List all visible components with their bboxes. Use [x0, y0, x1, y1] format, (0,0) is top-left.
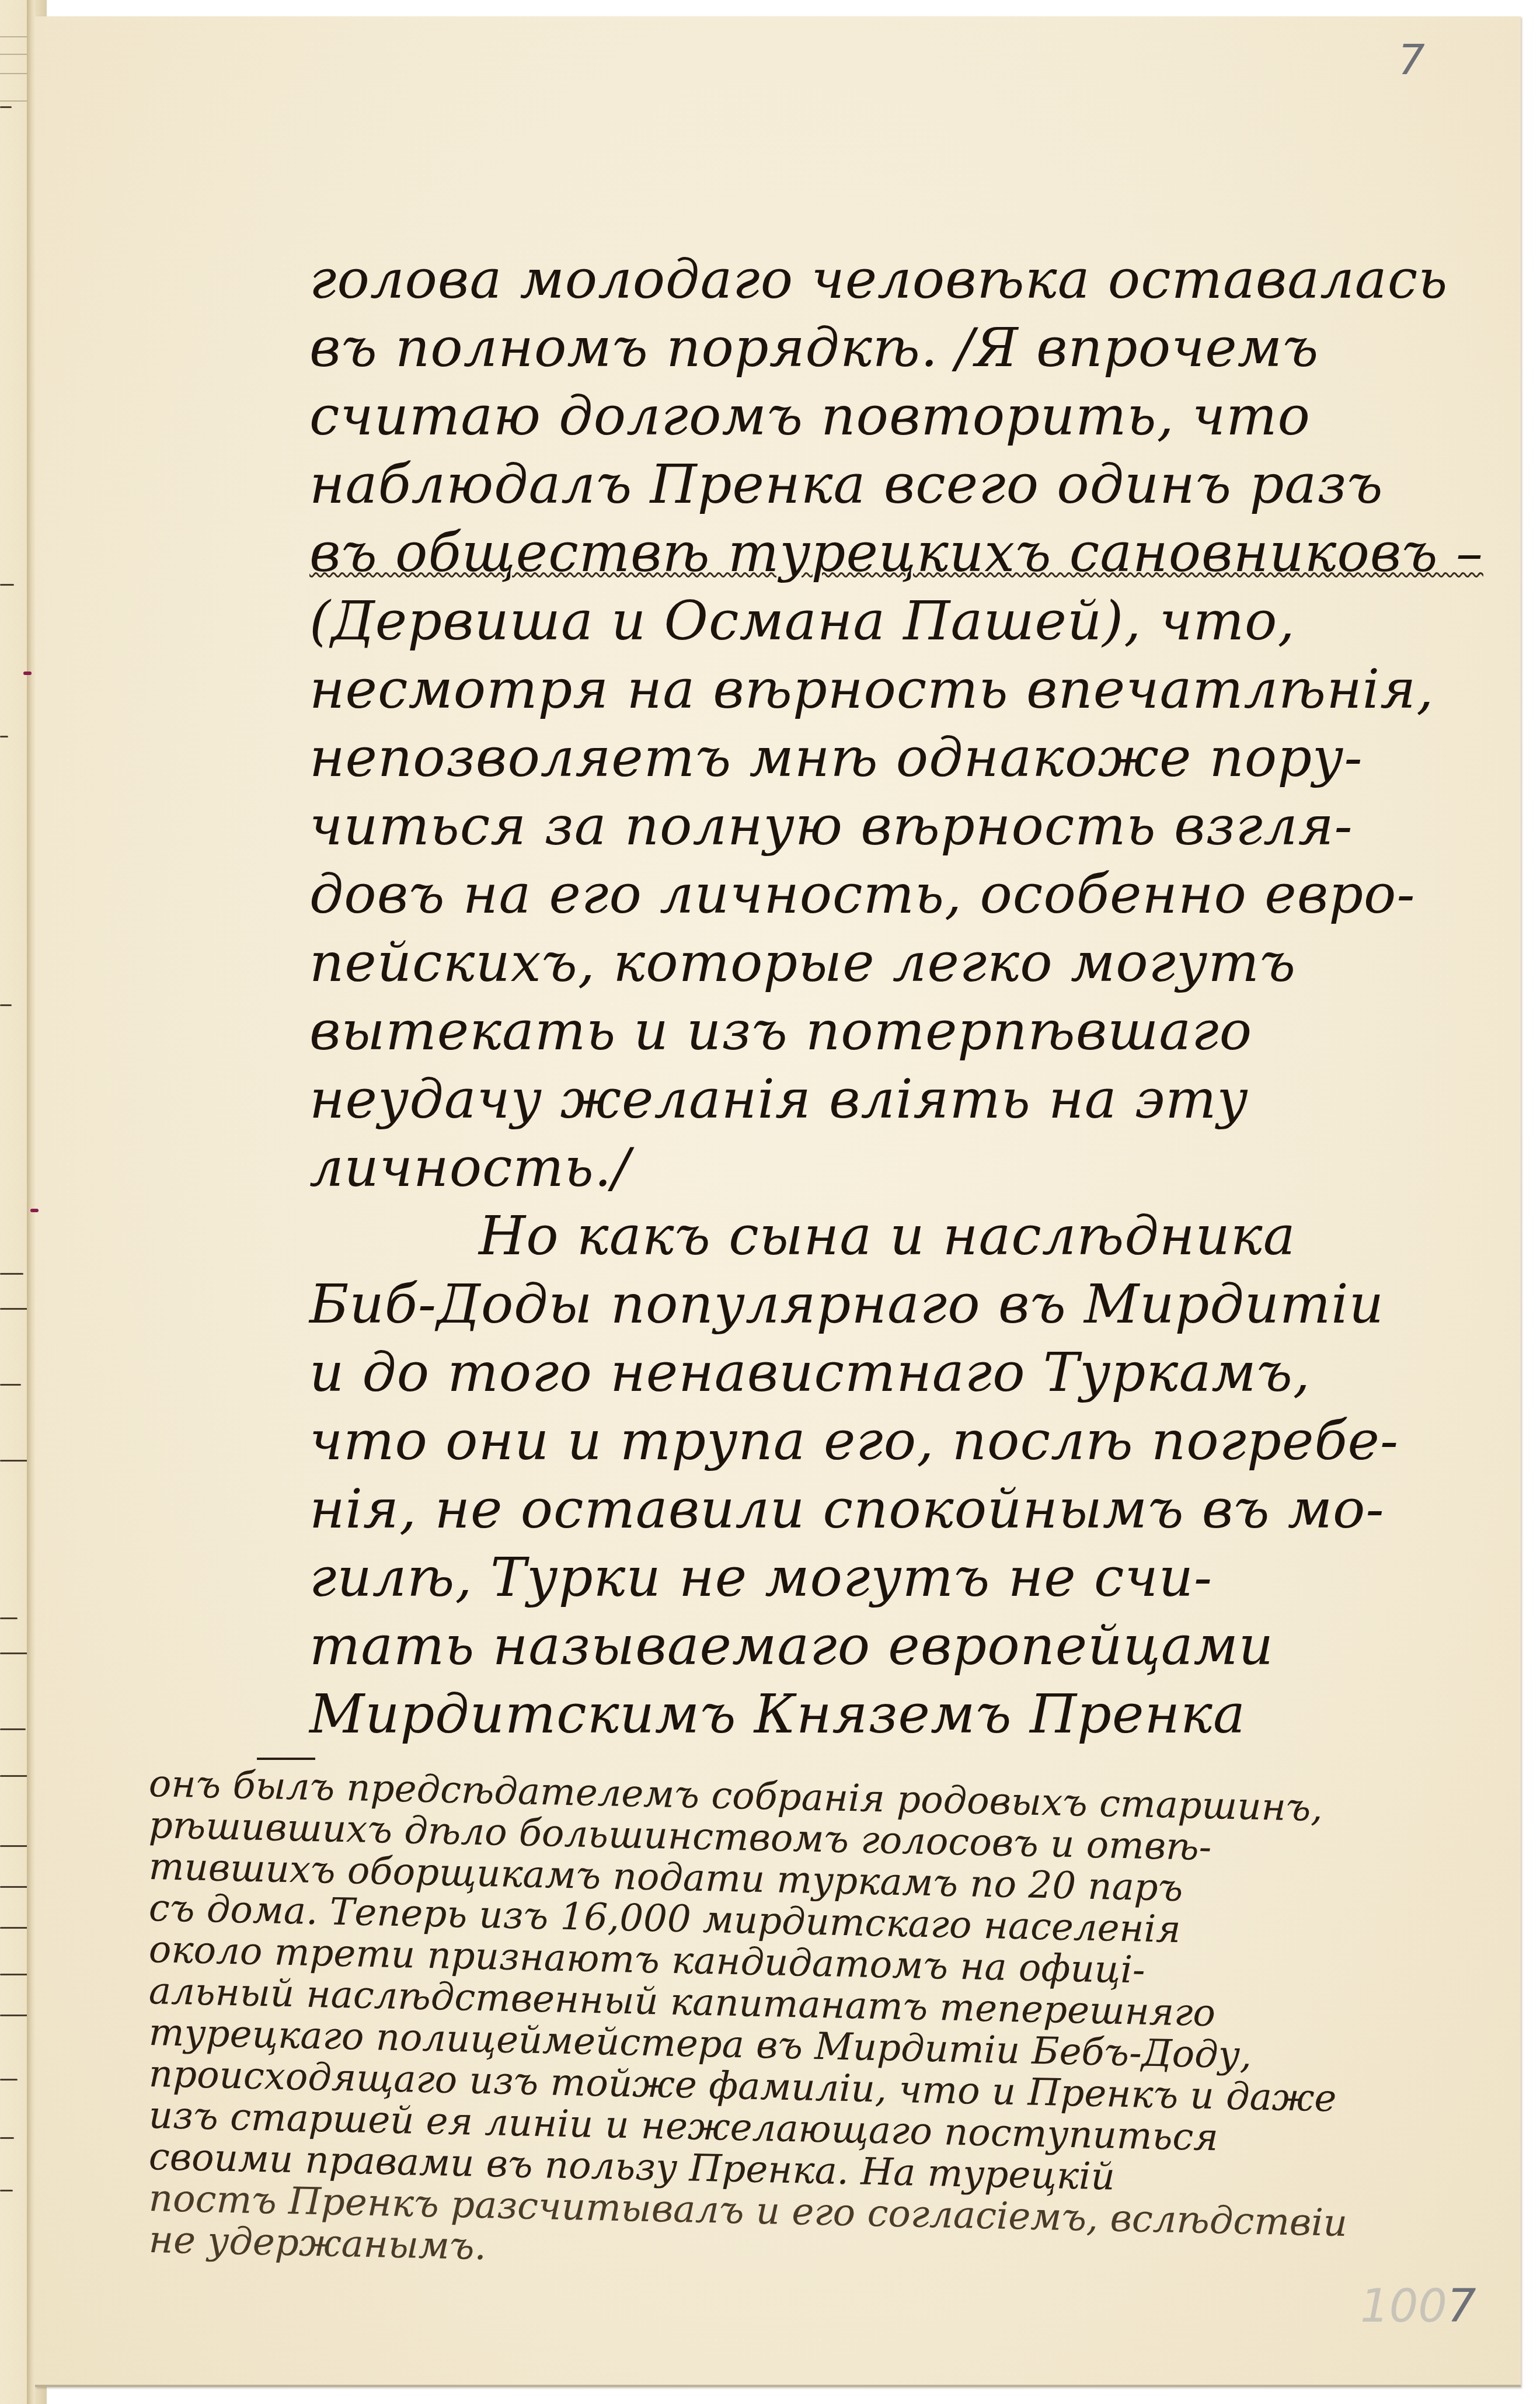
footnote-block: онъ былъ предсѣдателемъ собранія родовых…: [149, 1763, 1527, 2261]
binding-pin-mark: [23, 672, 32, 675]
text-line: Биб-Доды популярнаго въ Мирдитіи: [309, 1270, 1500, 1338]
adjacent-ink-stroke: [0, 1652, 29, 1654]
adjacent-ink-stroke: [0, 1273, 23, 1275]
folio-number-top: 7: [1398, 35, 1425, 84]
text-line: довъ на его личность, особенно евро-: [309, 860, 1500, 928]
adjacent-ink-stroke: [0, 1617, 18, 1619]
text-line: въ полномъ порядкѣ. /Я впрочемъ: [309, 314, 1500, 382]
text-line: Мирдитскимъ Княземъ Пренка: [309, 1680, 1500, 1748]
text-line: вытекать и изъ потерпѣвшаго: [309, 997, 1500, 1065]
text-line: гилѣ, Турки не могутъ не счи-: [309, 1543, 1500, 1612]
page-gutter-fold: [27, 0, 35, 2404]
folio-faint-digits: 100: [1360, 2280, 1447, 2333]
text-line: тать называемаго европейцами: [309, 1612, 1500, 1680]
footnote-separator-rule: [257, 1758, 315, 1760]
text-line: голова молодаго человѣка оставалась: [309, 245, 1500, 314]
adjacent-ink-stroke: [0, 1728, 26, 1730]
text-line: (Дервиша и Османа Пашей), что,: [309, 587, 1500, 655]
adjacent-ink-stroke: [0, 106, 12, 108]
adjacent-ink-stroke: [0, 2137, 14, 2139]
text-line: наблюдалъ Пренка всего одинъ разъ: [309, 450, 1500, 519]
main-text-block: голова молодаго человѣка оставалась въ п…: [309, 245, 1500, 1748]
page-bottom-edge: [35, 2385, 1521, 2387]
paragraph-start-line: Но какъ сына и наслѣдника: [309, 1202, 1500, 1270]
adjacent-ink-stroke: [0, 736, 8, 737]
adjacent-ink-stroke: [0, 1460, 30, 1462]
text-line-underlined: въ обществѣ турецкихъ сановниковъ –: [309, 519, 1500, 587]
text-line: непозволяетъ мнѣ однакоже пору-: [309, 723, 1500, 792]
binding-pin-mark: [30, 1209, 39, 1212]
adjacent-ink-stroke: [0, 1004, 12, 1006]
folio-bold-digit: 7: [1447, 2280, 1476, 2333]
text-line: пейскихъ, которые легко могутъ: [309, 928, 1500, 997]
text-line: нія, не оставили спокойнымъ въ мо-: [309, 1475, 1500, 1543]
adjacent-ink-stroke: [0, 2079, 18, 2081]
text-line: личность./: [309, 1133, 1500, 1202]
adjacent-ink-stroke: [0, 1308, 28, 1310]
adjacent-ink-stroke: [0, 584, 14, 586]
adjacent-ink-stroke: [0, 1384, 21, 1386]
adjacent-ink-stroke: [0, 2190, 13, 2191]
text-line: и до того ненавистнаго Туркамъ,: [309, 1338, 1500, 1407]
text-line: читься за полную вѣрность взгля-: [309, 792, 1500, 860]
folio-number-bottom: 1007: [1360, 2280, 1476, 2333]
text-line: что они и трупа его, послѣ погребе-: [309, 1407, 1500, 1475]
text-line: считаю долгомъ повторить, что: [309, 382, 1500, 450]
text-line: неудачу желанія вліять на эту: [309, 1065, 1500, 1133]
text-line: несмотря на вѣрность впечатлѣнія,: [309, 655, 1500, 723]
